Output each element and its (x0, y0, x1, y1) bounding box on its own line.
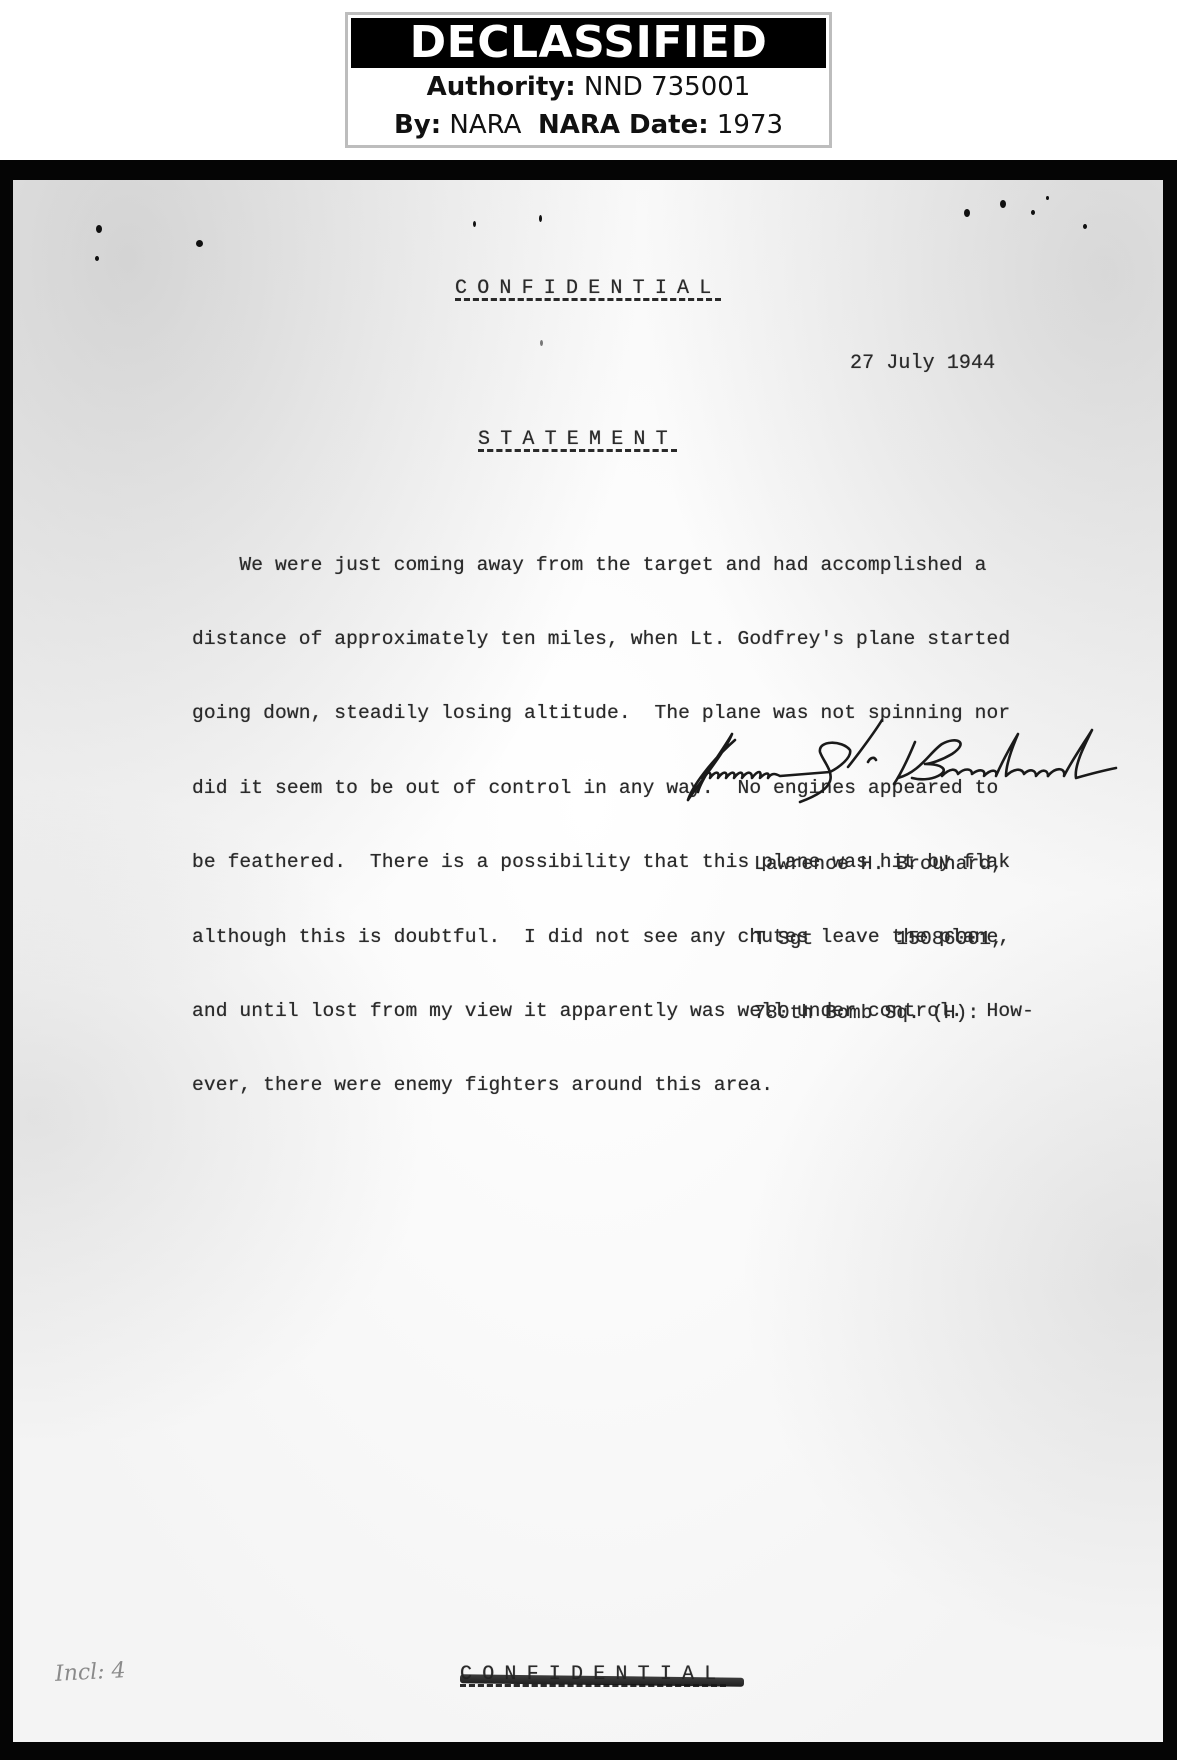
scan-speck (1031, 210, 1035, 215)
document-date: 27 July 1944 (850, 352, 995, 375)
body-line: ever, there were enemy fighters around t… (192, 1073, 1034, 1098)
signatory-name: Lawrence H. Brouhard, (754, 852, 1003, 877)
stamp-title: DECLASSIFIED (351, 18, 826, 68)
body-line: distance of approximately ten miles, whe… (192, 627, 1034, 652)
declassified-stamp: DECLASSIFIED Authority: NND 735001 By: N… (345, 12, 832, 148)
scan-speck (1046, 196, 1049, 200)
stamp-by-value: NARA (449, 110, 521, 140)
scan-speck (95, 256, 99, 261)
scan-speck (964, 209, 970, 217)
scan-speck (196, 240, 203, 247)
scan-speck (1083, 224, 1087, 229)
stamp-authority: Authority: NND 735001 (348, 72, 829, 102)
document-title: STATEMENT (478, 428, 678, 451)
scan-speck (1000, 200, 1006, 208)
body-line: We were just coming away from the target… (192, 553, 1034, 578)
handwritten-enclosure-note: Incl: 4 (54, 1658, 126, 1687)
scan-speck (539, 215, 542, 222)
stamp-authority-value: NND 735001 (584, 72, 750, 102)
scan-speck (473, 221, 476, 227)
signatory-rank-serial: T Sgt 15086001, (754, 927, 1003, 952)
scan-speck (540, 340, 543, 346)
stamp-by-date: By: NARA NARA Date: 1973 (348, 110, 829, 140)
signatory-unit: 780th Bomb Sq. (H): (754, 1001, 1003, 1026)
signatory-block: Lawrence H. Brouhard, T Sgt 15086001, 78… (754, 803, 1003, 1050)
stamp-authority-label: Authority: (427, 72, 576, 102)
scan-speck (96, 225, 102, 233)
classification-top: CONFIDENTIAL (455, 277, 721, 300)
stamp-date-label: NARA Date: (538, 110, 709, 140)
stamp-by-label: By: (394, 110, 441, 140)
stamp-date-value: 1973 (717, 110, 783, 140)
handwritten-signature: Lawrence H. Brouhard (680, 712, 1120, 812)
